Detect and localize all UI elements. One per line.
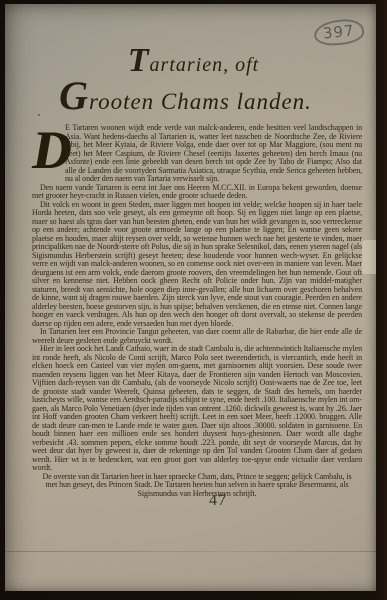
handwritten-folio-number: 397 xyxy=(322,21,355,42)
paper-crease xyxy=(5,551,376,552)
paragraph: Den naem vande Tartaren is eerst int Jae… xyxy=(32,184,362,201)
body-text-block: D E Tartaren woonen wijdt ende verde van… xyxy=(32,124,362,498)
paragraph: Hier in leet oock het Landt Cathaio, wae… xyxy=(32,345,362,473)
paper-speck xyxy=(38,114,40,116)
drop-cap-initial: D xyxy=(32,125,62,183)
paragraph: De overste van dit Tartarien heet in hae… xyxy=(32,473,362,499)
paragraph: Dit volck en woont in geen Steden, maer … xyxy=(32,201,362,329)
paragraph: E Tartaren woonen wijdt ende verde van m… xyxy=(32,124,362,184)
book-page: 397 Tartarien, oft Grooten Chams landen.… xyxy=(5,4,376,591)
paper-stain xyxy=(362,240,376,274)
title-line-2: Grooten Chams landen. xyxy=(0,80,376,118)
paragraph: In Tartarien leet een Provincie Tangut g… xyxy=(32,328,362,345)
page-number: 47 xyxy=(209,492,227,510)
page-title: Tartarien, oft Grooten Chams landen. xyxy=(5,48,376,118)
photo-background: 397 Tartarien, oft Grooten Chams landen.… xyxy=(0,0,387,600)
handwritten-folio-annotation: 397 xyxy=(313,17,365,47)
